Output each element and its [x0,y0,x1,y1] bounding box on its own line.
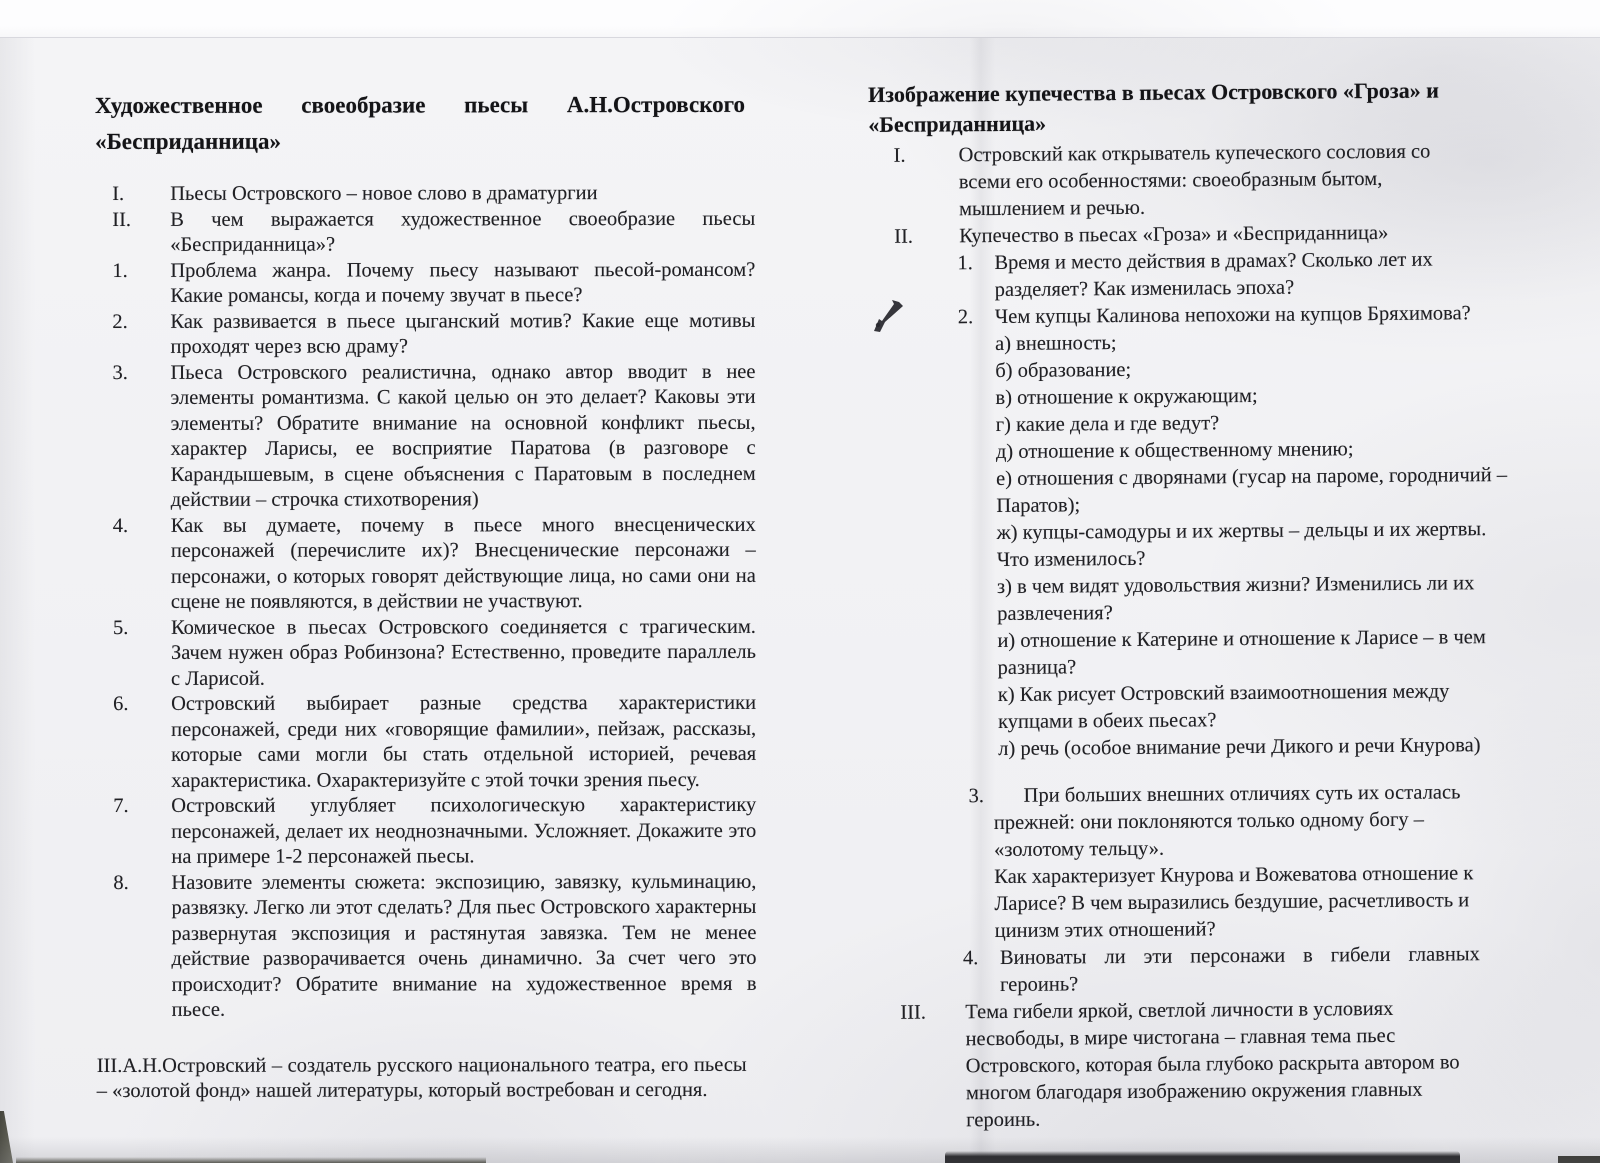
item-marker: 1. [957,250,994,304]
item-text: Назовите элементы сюжета: экспозицию, за… [171,869,756,1023]
item-text: Пьеса Островского реалистична, однако ав… [170,359,755,513]
letter-item: е) отношения с дворянами (гусар на паром… [996,462,1511,520]
letter-item: ж) купцы-самодуры и их жертвы – дельцы и… [996,516,1511,574]
item-marker: II. [869,223,959,251]
item-text: Виноваты ли эти персонажи в гибели главн… [1000,941,1480,999]
item-marker: 5. [96,615,171,692]
ink-blot [866,294,908,334]
item-marker: III. [875,999,966,1135]
item-text: Тема гибели яркой, светлой личности в ус… [965,995,1486,1134]
item-marker: 6. [96,692,171,794]
letter-item: к) Как рисует Островский взаимоотношения… [998,678,1513,736]
scanner-top-edge [0,0,1600,38]
item-marker: 2. [95,309,170,360]
letter-item: з) в чем видят удовольствия жизни? Измен… [997,570,1512,628]
item-text: Время и место действия в драмах? Сколько… [994,246,1511,304]
list-item: 2. Чем купцы Калинова непохожи на купцов… [958,300,1518,331]
left-closing-paragraph: III.А.Н.Островский – создатель русского … [97,1052,747,1104]
right-list: I. Островский как открыватель купеческог… [868,138,1524,1135]
item-text: Островский выбирает разные средства хара… [171,691,756,794]
item-text: В чем выражается художественное своеобра… [170,206,755,258]
item-text: Как вы думаете, почему в пьесе много вне… [171,512,756,615]
right-title: Изображение купечества в пьесах Островск… [868,75,1508,140]
item-text: Островский углубляет психологическую хар… [171,793,756,871]
left-title: Художественное своеобразие пьесы А.Н.Ост… [95,87,745,160]
list-item: 1. Время и место действия в драмах? Скол… [957,246,1517,304]
letter-item: в) отношение к окружающим; [995,381,1510,412]
item-text: Комическое в пьесах Островского соединяе… [171,614,756,692]
letter-item: б) образование; [995,354,1510,385]
item-marker: I. [95,182,170,208]
scanned-page: Художественное своеобразие пьесы А.Н.Ост… [0,0,1600,1163]
list-item: 4. Виноваты ли эти персонажи в гибели гл… [963,941,1523,999]
item-marker: I. [868,142,959,224]
list-item: I. Пьесы Островского – новое слово в дра… [95,181,755,208]
item-text: Проблема жанра. Почему пьесу называют пь… [170,257,755,309]
item-marker: 1. [95,258,170,309]
item-text: При больших внешних отличиях суть их ост… [994,779,1515,864]
item-marker: 8. [96,870,171,1023]
left-column: Художественное своеобразие пьесы А.Н.Ост… [95,87,757,1105]
list-item: 8. Назовите элементы сюжета: экспозицию,… [96,869,756,1023]
list-item: 5. Комическое в пьесах Островского соеди… [96,614,756,692]
item-marker: 4. [96,513,171,615]
page-bottom-shadow [0,1137,1600,1163]
list-item: 3. При больших внешних отличиях суть их … [969,779,1523,945]
item-marker: 3. [969,783,985,810]
list-item: II. В чем выражается художественное свое… [95,206,755,258]
list-item: III. Тема гибели яркой, светлой личности… [875,995,1524,1135]
letter-item: г) какие дела и где ведут? [996,408,1511,439]
item-text: Островский как открыватель купеческого с… [958,138,1479,223]
item-marker: 3. [95,360,170,513]
item-text: Купечество в пьесах «Гроза» и «Беспридан… [959,219,1479,250]
list-item: 7. Островский углубляет психологическую … [96,793,756,871]
list-item: 1. Проблема жанра. Почему пьесу называют… [95,257,755,309]
list-item: 3. Пьеса Островского реалистична, однако… [95,359,755,513]
list-item: 6. Островский выбирает разные средства х… [96,691,756,794]
letter-item: л) речь (особое внимание речи Дикого и р… [998,732,1513,763]
letter-item: и) отношение к Катерине и отношение к Ла… [997,624,1512,682]
letter-item: а) внешность; [995,327,1510,358]
item-marker: 2. [958,304,995,331]
left-list: I. Пьесы Островского – новое слово в дра… [95,181,756,1024]
item-text: Пьесы Островского – новое слово в драмат… [170,181,755,208]
item-marker: 4. [963,945,1000,999]
list-item: 4. Как вы думаете, почему в пьесе много … [96,512,756,615]
list-item: I. Островский как открыватель купеческог… [868,138,1517,224]
item-text: Чем купцы Калинова непохожи на купцов Бр… [995,300,1512,331]
right-column: Изображение купечества в пьесах Островск… [868,75,1524,1135]
item-text-continued: Как характеризует Кнурова и Вожеватова о… [994,860,1515,945]
list-item: 2. Как развивается в пьесе цыганский мот… [95,308,755,360]
item-marker: 7. [96,794,171,871]
item-text: Как развивается в пьесе цыганский мотив?… [170,308,755,360]
letter-item: д) отношение к общественному мнению; [996,435,1511,466]
item-marker: II. [95,207,170,258]
